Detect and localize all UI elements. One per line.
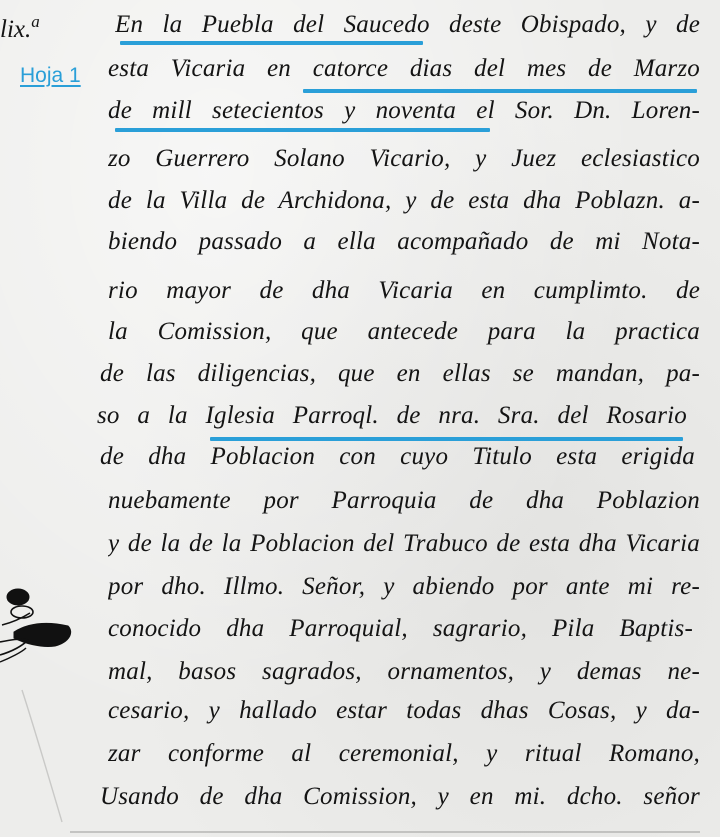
manuscript-line: Usando de dha Comission, y en mi. dcho. … (100, 780, 700, 814)
manuscript-line: mal, basos sagrados, ornamentos, y demas… (108, 655, 700, 689)
page-link-hoja-1[interactable]: Hoja 1 (20, 64, 81, 88)
manuscript-line: y de la de la Poblacion del Trabuco de e… (108, 527, 700, 561)
manuscript-line: zo Guerrero Solano Vicario, y Juez ecles… (108, 142, 700, 176)
manuscript-page: lix.a Hoja 1 En la Puebla del Saucedo de… (0, 0, 720, 837)
manuscript-line: zar conforme al ceremonial, y ritual Rom… (108, 737, 700, 771)
highlight-underline (115, 128, 490, 132)
manuscript-line: biendo passado a ella acompañado de mi N… (108, 225, 700, 259)
paper-crease (22, 690, 62, 822)
manuscript-line: de las diligencias, que en ellas se mand… (100, 357, 700, 391)
manuscript-line: rio mayor de dha Vicaria en cumplimto. d… (108, 274, 700, 308)
margin-note: lix.a (0, 12, 40, 44)
manuscript-line: nuebamente por Parroquia de dha Poblazio… (108, 484, 700, 518)
manuscript-line: conocido dha Parroquial, sagrario, Pila … (108, 612, 693, 646)
manuscript-line: esta Vicaria en catorce dias del mes de … (108, 52, 700, 86)
manuscript-line: En la Puebla del Saucedo deste Obispado,… (115, 8, 700, 42)
margin-note-superscript: a (31, 12, 40, 31)
manuscript-line: de la Villa de Archidona, y de esta dha … (108, 184, 700, 218)
manuscript-line: so a la Iglesia Parroql. de nra. Sra. de… (97, 399, 687, 433)
manuscript-line: cesario, y hallado estar todas dhas Cosa… (108, 694, 700, 728)
highlight-underline (303, 89, 697, 93)
manuscript-line: de mill setecientos y noventa el Sor. Dn… (108, 94, 700, 128)
manuscript-line: de dha Poblacion con cuyo Titulo esta er… (100, 440, 695, 474)
signature-flourish (0, 589, 71, 662)
margin-note-text: lix. (0, 16, 31, 43)
manuscript-line: por dho. Illmo. Señor, y abiendo por ant… (108, 570, 700, 604)
manuscript-line: la Comission, que antecede para la pract… (108, 315, 700, 349)
